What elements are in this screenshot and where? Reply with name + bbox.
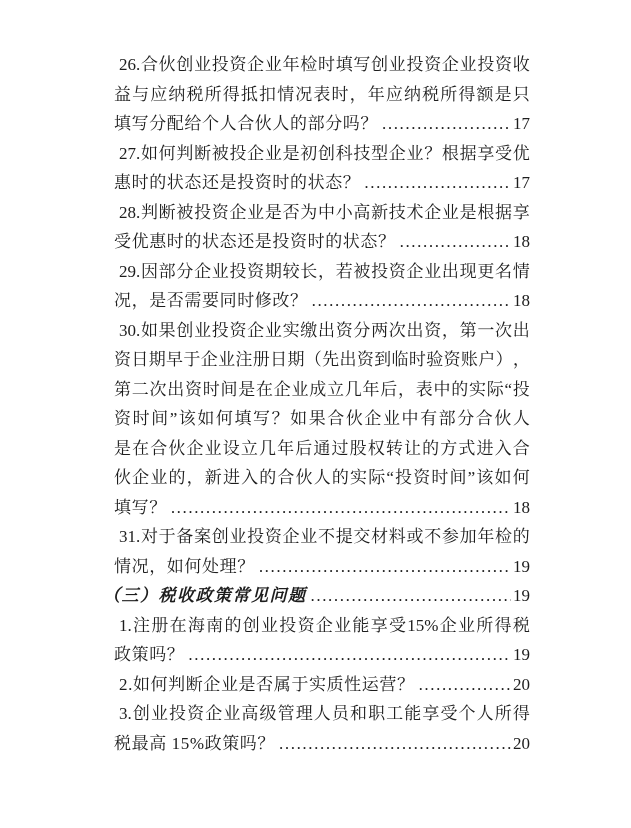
toc-char: 何: [216, 404, 233, 434]
toc-char: 的: [422, 434, 439, 464]
toc-char: 为: [300, 198, 317, 228]
toc-char: 交: [353, 522, 370, 552]
toc-char: 或: [407, 522, 424, 552]
toc-page-number: 18: [513, 493, 530, 523]
toc-char: 15%: [407, 611, 438, 641]
toc-char: 合: [327, 404, 344, 434]
toc-char: “: [386, 463, 394, 493]
toc-page-number: 18: [513, 227, 530, 257]
toc-char: 人: [513, 404, 530, 434]
toc-entry: 31.对于备案创业投资企业不提交材料或不参加年检的情况，如何处理？.......…: [98, 522, 530, 581]
toc-char: 注: [133, 611, 150, 641]
toc-entry-text: 况，是否需要同时修改？: [114, 286, 308, 316]
toc-char: 被: [353, 257, 370, 287]
toc-char: 企: [364, 404, 381, 434]
toc-char: 早: [166, 345, 183, 375]
toc-char: 的: [332, 463, 349, 493]
toc-line: 政策吗？....................................…: [114, 640, 530, 670]
toc-char: 30.: [119, 316, 140, 346]
toc-char: 业: [194, 316, 211, 346]
toc-char: 方: [440, 434, 457, 464]
toc-line: 资日期早于企业注册日期（先出资到临时验资账户），: [114, 345, 530, 375]
toc-char: 填: [336, 50, 353, 80]
toc-char: 合: [150, 434, 167, 464]
toc-char: 业: [212, 257, 229, 287]
toc-char: 企: [247, 316, 264, 346]
toc-line: 27.如何判断被投企业是初创科技型企业？根据享受优: [114, 139, 530, 169]
toc-char: ”: [170, 404, 178, 434]
toc-char: 如: [290, 404, 307, 434]
toc-char: 新: [205, 463, 222, 493]
toc-line: 29.因部分企业投资期较长，若被投资企业出现更名情: [114, 257, 530, 287]
toc-char: 投: [194, 198, 211, 228]
toc-char: 情: [513, 257, 530, 287]
toc-char: 资: [265, 522, 282, 552]
toc-char: 业: [265, 50, 282, 80]
toc-char: 享: [477, 139, 494, 169]
toc-char: 理: [296, 699, 313, 729]
toc-entry: 3.创业投资企业高级管理人员和职工能享受个人所得税最高 15%政策吗？.....…: [98, 699, 530, 758]
toc-char: 享: [513, 198, 530, 228]
toc-char: ）: [496, 345, 513, 375]
toc-char: ”: [468, 463, 476, 493]
toc-char: 人: [477, 699, 494, 729]
toc-char: 让: [404, 434, 421, 464]
dot-leader: ........................................…: [171, 493, 511, 523]
toc-char: 时: [431, 463, 448, 493]
toc-char: 进: [477, 434, 494, 464]
toc-char: 业: [265, 139, 282, 169]
toc-char: 人: [314, 463, 331, 493]
toc-char: 企: [247, 50, 264, 80]
toc-char: 资: [114, 345, 131, 375]
toc-char: 名: [495, 257, 512, 287]
toc-char: 据: [460, 139, 477, 169]
toc-page-number: 18: [513, 286, 530, 316]
dot-leader: ........................................…: [259, 552, 511, 582]
toc-entry: 27.如何判断被投企业是初创科技型企业？根据享受优惠时的状态还是投资时的状态？.…: [98, 139, 530, 198]
toc-char: 管: [278, 699, 295, 729]
toc-line: 1.注册在海南的创业投资企业能享受15%企业所得税: [114, 611, 530, 641]
toc-char: 投: [247, 522, 264, 552]
toc-char: 资: [247, 257, 264, 287]
toc-char: 业: [247, 198, 264, 228]
toc-char: 根: [477, 198, 494, 228]
toc-char: 1.: [119, 611, 132, 641]
toc-char: 现: [460, 257, 477, 287]
toc-char: 投: [395, 463, 412, 493]
toc-char: 27.: [119, 139, 140, 169]
toc-char: ，: [350, 80, 367, 110]
toc-char: 于: [159, 522, 176, 552]
toc-char: 资: [187, 699, 204, 729]
document-page: 26.合伙创业投资企业年检时填写创业投资企业投资收益与应纳税所得抵扣情况表时，年…: [0, 0, 631, 828]
toc-char: 时: [318, 50, 335, 80]
toc-char: 根: [442, 139, 459, 169]
toc-char: 案: [194, 522, 211, 552]
toc-char: 业: [205, 434, 222, 464]
toc-char: 验: [426, 345, 443, 375]
toc-char: 立: [327, 375, 344, 405]
toc-char: 的: [451, 375, 468, 405]
toc-char: 据: [495, 198, 512, 228]
toc-char: 业: [383, 404, 400, 434]
toc-line: 资时间”该如何填写？如果合伙企业中有部分合伙人: [114, 404, 530, 434]
toc-char: ，: [513, 345, 530, 375]
toc-char: 在: [132, 434, 149, 464]
toc-char: 得: [513, 699, 530, 729]
toc-char: 小: [336, 198, 353, 228]
toc-char: 册: [253, 345, 270, 375]
toc-line: 惠时的状态还是投资时的状态？..........................…: [114, 168, 530, 198]
toc-char: 断: [194, 139, 211, 169]
toc-char: 长: [300, 257, 317, 287]
toc-char: 抵: [241, 80, 258, 110]
toc-char: 提: [336, 522, 353, 552]
toc-char: 分: [176, 257, 193, 287]
toc-char: 情: [277, 80, 294, 110]
toc-line: （三）税收政策常见问题.............................…: [98, 581, 530, 611]
toc-char: 次: [389, 316, 406, 346]
toc-char: 资: [229, 50, 246, 80]
toc-char: 28.: [119, 198, 140, 228]
toc-char: 间: [450, 463, 467, 493]
toc-entry-text: （三）税收政策常见问题: [103, 581, 307, 611]
toc-char: 高: [353, 198, 370, 228]
toc-char: 受: [440, 699, 457, 729]
toc-char: 部: [159, 257, 176, 287]
toc-char: 的: [513, 522, 530, 552]
toc-char: 日: [131, 345, 148, 375]
toc-char: 业: [442, 198, 459, 228]
toc-char: 投: [212, 50, 229, 80]
toc-char: 被: [212, 139, 229, 169]
toc-char: 29.: [119, 257, 140, 287]
toc-char: 伙: [346, 404, 363, 434]
toc-char: ，: [442, 316, 459, 346]
toc-char: 次: [495, 316, 512, 346]
toc-char: 业: [265, 316, 282, 346]
toc-char: 所: [440, 80, 457, 110]
toc-char: 加: [460, 522, 477, 552]
toc-entry-text: 填写分配给个人合伙人的部分吗？: [114, 109, 378, 139]
toc-char: 创: [318, 139, 335, 169]
toc-char: 税: [422, 80, 439, 110]
toc-char: 创: [212, 522, 229, 552]
toc-char: 判: [176, 139, 193, 169]
toc-char: 技: [389, 198, 406, 228]
toc-char: 所: [205, 80, 222, 110]
dot-leader: ........................................…: [312, 286, 511, 316]
toc-char: 若: [336, 257, 353, 287]
toc-char: 受: [389, 611, 406, 641]
toc-char: 际: [487, 375, 504, 405]
toc-char: ，: [318, 257, 335, 287]
toc-entry: 2.如何判断企业是否属于实质性运营？......................…: [98, 670, 530, 700]
toc-char: ？: [424, 139, 441, 169]
toc-line: 况，是否需要同时修改？.............................…: [114, 286, 530, 316]
toc-char: 部: [439, 404, 456, 434]
toc-page-number: 20: [513, 670, 530, 700]
toc-char: 业: [424, 257, 441, 287]
toc-char: 间: [151, 404, 168, 434]
toc-char: 填: [234, 404, 251, 434]
toc-line: 伙企业的，新进入的合伙人的实际“投资时间”该如何: [114, 463, 530, 493]
dot-leader: ........................................…: [311, 581, 512, 611]
toc-char: 出: [407, 316, 424, 346]
toc-char: 果: [309, 404, 326, 434]
toc-char: 资: [424, 50, 441, 80]
toc-char: 资: [336, 316, 353, 346]
toc-char: 年: [277, 434, 294, 464]
toc-char: 表: [313, 80, 330, 110]
toc-char: 业: [151, 699, 168, 729]
toc-char: 如: [141, 316, 158, 346]
dot-leader: ........................................…: [382, 109, 511, 139]
toc-char: 是: [283, 139, 300, 169]
toc-char: 是: [114, 434, 131, 464]
toc-char: 第: [460, 316, 477, 346]
toc-entry: 29.因部分企业投资期较长，若被投资企业出现更名情况，是否需要同时修改？....…: [98, 257, 530, 316]
toc-char: 实: [283, 316, 300, 346]
toc-char: 新: [371, 198, 388, 228]
toc-char: 后: [380, 375, 397, 405]
toc-char: 户: [478, 345, 495, 375]
toc-char: 受: [495, 139, 512, 169]
toc-char: 26.: [119, 50, 140, 80]
toc-char: 的: [259, 463, 276, 493]
toc-char: 该: [476, 463, 493, 493]
toc-char: 投: [371, 257, 388, 287]
toc-char: 能: [404, 699, 421, 729]
toc: 26.合伙创业投资企业年检时填写创业投资企业投资收益与应纳税所得抵扣情况表时，年…: [98, 50, 530, 758]
toc-char: 投: [513, 375, 530, 405]
toc-char: 对: [141, 522, 158, 552]
toc-char: 业: [334, 611, 351, 641]
toc-char: 业: [261, 611, 278, 641]
toc-char: 享: [371, 611, 388, 641]
toc-char: 年: [283, 50, 300, 80]
toc-char: 断: [159, 198, 176, 228]
toc-char: 资: [389, 257, 406, 287]
toc-char: 创: [243, 611, 260, 641]
toc-char: 与: [132, 80, 149, 110]
toc-char: 所: [495, 699, 512, 729]
toc-char: 成: [309, 375, 326, 405]
toc-char: 业: [218, 345, 235, 375]
toc-line: 31.对于备案创业投资企业不提交材料或不参加年检的: [114, 522, 530, 552]
toc-char: 不: [318, 522, 335, 552]
toc-char: 出: [442, 257, 459, 287]
toc-char: 税: [187, 80, 204, 110]
toc-char: ，: [398, 375, 415, 405]
toc-char: 分: [457, 404, 474, 434]
toc-char: 伙: [159, 50, 176, 80]
toc-line: 是在合伙企业设立几年后通过股权转让的方式进入合: [114, 434, 530, 464]
toc-char: 和: [350, 699, 367, 729]
toc-char: 业: [194, 50, 211, 80]
toc-line: 2.如何判断企业是否属于实质性运营？......................…: [114, 670, 530, 700]
toc-char: 企: [194, 257, 211, 287]
toc-char: 分: [353, 316, 370, 346]
toc-char: 因: [141, 257, 158, 287]
toc-char: 设: [223, 434, 240, 464]
toc-char: 纳: [168, 80, 185, 110]
toc-char: 缴: [300, 316, 317, 346]
toc-char: 何: [513, 463, 530, 493]
toc-char: 优: [513, 139, 530, 169]
toc-char: 益: [114, 80, 131, 110]
toc-page-number: 17: [513, 109, 530, 139]
toc-char: 时: [203, 375, 220, 405]
toc-line: 税最高 15%政策吗？.............................…: [114, 729, 530, 759]
toc-char: 收: [513, 50, 530, 80]
toc-char: 职: [368, 699, 385, 729]
dot-leader: ........................................…: [188, 640, 511, 670]
toc-char: 出: [513, 316, 530, 346]
toc-char: 企: [274, 375, 291, 405]
toc-page-number: 17: [513, 168, 530, 198]
toc-char: 伙: [168, 434, 185, 464]
toc-char: 二: [132, 375, 149, 405]
toc-char: 合: [476, 404, 493, 434]
toc-char: 应: [150, 80, 167, 110]
toc-entry: 26.合伙创业投资企业年检时填写创业投资企业投资收益与应纳税所得抵扣情况表时，年…: [98, 50, 530, 139]
toc-char: 一: [477, 316, 494, 346]
toc-char: 年: [477, 522, 494, 552]
toc-char: 如: [197, 404, 214, 434]
toc-entry: 1.注册在海南的创业投资企业能享受15%企业所得税政策吗？...........…: [98, 611, 530, 670]
toc-entry: 30.如果创业投资企业实缴出资分两次出资，第一次出资日期早于企业注册日期（先出资…: [98, 316, 530, 523]
toc-char: 工: [386, 699, 403, 729]
toc-line: 益与应纳税所得抵扣情况表时，年应纳税所得额是只: [114, 80, 530, 110]
toc-char: 企: [187, 434, 204, 464]
toc-char: 企: [201, 345, 218, 375]
toc-line: 26.合伙创业投资企业年检时填写创业投资企业投资收: [114, 50, 530, 80]
toc-char: 临: [392, 345, 409, 375]
toc-section-entry: （三）税收政策常见问题.............................…: [98, 581, 530, 611]
toc-line: 28.判断被投资企业是否为中小高新技术企业是根据享: [114, 198, 530, 228]
toc-char: 级: [260, 699, 277, 729]
toc-char: 资: [357, 345, 374, 375]
toc-char: 税: [513, 611, 530, 641]
toc-char: 只: [513, 80, 530, 110]
toc-char: 业: [300, 522, 317, 552]
toc-char: 是: [238, 375, 255, 405]
toc-char: 被: [176, 198, 193, 228]
toc-char: 得: [495, 611, 512, 641]
toc-char: 企: [442, 50, 459, 80]
toc-char: 合: [513, 434, 530, 464]
toc-char: 创: [176, 50, 193, 80]
toc-char: 时: [409, 345, 426, 375]
toc-char: 于: [183, 345, 200, 375]
toc-char: 业: [407, 139, 424, 169]
toc-char: 31.: [119, 522, 140, 552]
toc-char: 次: [150, 375, 167, 405]
toc-char: 业: [292, 375, 309, 405]
toc-char: 到: [374, 345, 391, 375]
toc-char: 通: [313, 434, 330, 464]
toc-char: 资: [444, 345, 461, 375]
toc-char: 出: [167, 375, 184, 405]
toc-char: 账: [461, 345, 478, 375]
toc-line: 情况，如何处理？................................…: [114, 552, 530, 582]
toc-char: 先: [322, 345, 339, 375]
toc-char: 不: [424, 522, 441, 552]
toc-char: 入: [241, 463, 258, 493]
dot-leader: ........................................…: [400, 227, 511, 257]
toc-char: 合: [277, 463, 294, 493]
toc-char: 是: [495, 80, 512, 110]
toc-char: 扣: [259, 80, 276, 110]
toc-char: 人: [314, 699, 331, 729]
toc-char: ？: [272, 404, 289, 434]
toc-char: 得: [223, 80, 240, 110]
toc-char: 出: [318, 316, 335, 346]
toc-char: 是: [460, 198, 477, 228]
toc-char: 写: [253, 404, 270, 434]
toc-page-number: 19: [513, 552, 530, 582]
toc-char: 该: [179, 404, 196, 434]
toc-char: “: [505, 375, 513, 405]
toc-char: 入: [495, 434, 512, 464]
toc-char: 技: [353, 139, 370, 169]
toc-page-number: 20: [513, 729, 530, 759]
toc-char: 立: [241, 434, 258, 464]
toc-char: 注: [235, 345, 252, 375]
toc-char: 企: [440, 611, 457, 641]
toc-char: 转: [386, 434, 403, 464]
toc-char: 是: [265, 198, 282, 228]
toc-char: 期: [149, 345, 166, 375]
toc-char: 果: [159, 316, 176, 346]
toc-entry: 28.判断被投资企业是否为中小高新技术企业是根据享受优惠时的状态还是投资时的状态…: [98, 198, 530, 257]
toc-char: 中: [318, 198, 335, 228]
toc-char: 资: [413, 463, 430, 493]
toc-entry-text: 受优惠时的状态还是投资时的状态？: [114, 227, 396, 257]
toc-char: 间: [221, 375, 238, 405]
toc-char: 业: [389, 50, 406, 80]
toc-char: 企: [407, 257, 424, 287]
toc-char: 高: [241, 699, 258, 729]
toc-char: 期: [287, 345, 304, 375]
toc-char: 料: [389, 522, 406, 552]
toc-line: 3.创业投资企业高级管理人员和职工能享受个人所得: [114, 699, 530, 729]
toc-char: 实: [469, 375, 486, 405]
toc-entry-text: 填写？: [114, 493, 167, 523]
toc-char: 企: [424, 198, 441, 228]
toc-char: 业: [223, 699, 240, 729]
toc-char: 两: [371, 316, 388, 346]
toc-char: 备: [176, 522, 193, 552]
toc-char: 的: [224, 611, 241, 641]
toc-page-number: 19: [513, 581, 530, 611]
toc-char: 权: [368, 434, 385, 464]
toc-char: 有: [420, 404, 437, 434]
toc-char: 况: [295, 80, 312, 110]
toc-char: 企: [132, 463, 149, 493]
toc-char: 表: [416, 375, 433, 405]
toc-char: 在: [256, 375, 273, 405]
toc-char: 中: [434, 375, 451, 405]
toc-char: 业: [150, 463, 167, 493]
toc-char: 材: [371, 522, 388, 552]
toc-char: 员: [332, 699, 349, 729]
toc-char: 实: [350, 463, 367, 493]
toc-char: 资: [298, 611, 315, 641]
toc-char: 检: [300, 50, 317, 80]
